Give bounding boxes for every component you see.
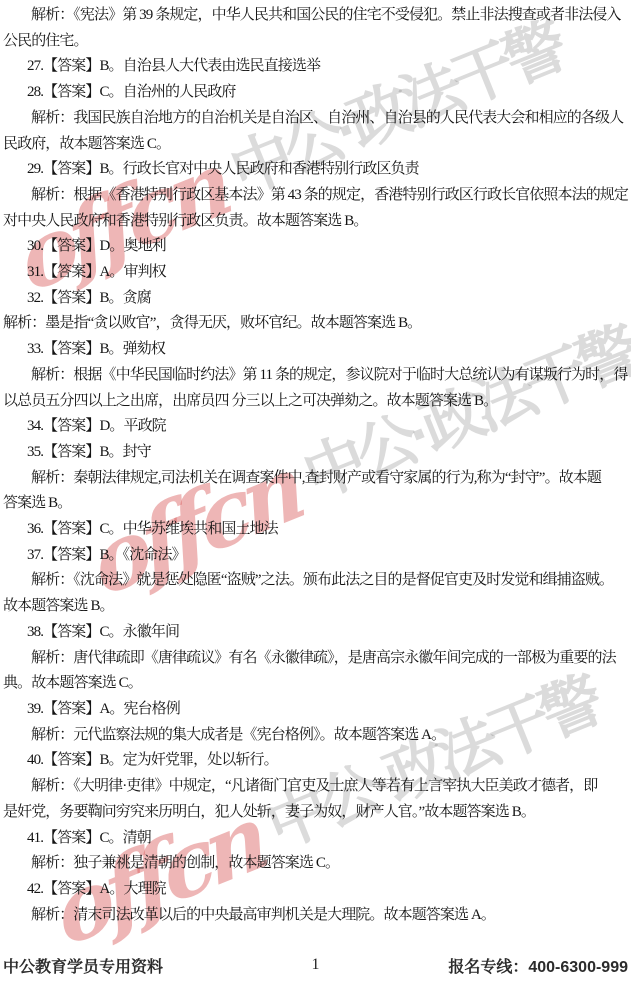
- text-line: 解析：根据《中华民国临时约法》第 11 条的规定，参议院对于临时大总统认为有谋叛…: [3, 363, 629, 389]
- answer-explanations: 解析：《宪法》第 39 条规定，中华人民共和国公民的住宅不受侵犯。禁止非法搜查或…: [3, 3, 629, 928]
- text-line: 30.【答案】D。奥地利: [3, 234, 629, 260]
- text-line: 39.【答案】A。宪台格例: [3, 697, 629, 723]
- text-line: 对中央人民政府和香港特别行政区负责。故本题答案选 B。: [3, 209, 629, 235]
- text-line: 答案选 B。: [3, 491, 629, 517]
- text-line: 解析：《宪法》第 39 条规定，中华人民共和国公民的住宅不受侵犯。禁止非法搜查或…: [3, 3, 629, 29]
- text-line: 民政府，故本题答案选 C。: [3, 132, 629, 158]
- text-line: 解析：我国民族自治地方的自治机关是自治区、自治州、自治县的人民代表大会和相应的各…: [3, 106, 629, 132]
- document-page: offcn 中公·政法干警 offcn 中公·政法干警 offcn 中公·政法干…: [0, 0, 631, 985]
- text-line: 34.【答案】D。平政院: [3, 414, 629, 440]
- text-line: 解析：清末司法改革以后的中央最高审判机关是大理院。故本题答案选 A。: [3, 903, 629, 929]
- text-line: 31.【答案】A。审判权: [3, 260, 629, 286]
- text-line: 故本题答案选 B。: [3, 594, 629, 620]
- page-footer: 中公教育学员专用资料 1 报名专线：400-6300-999: [3, 953, 628, 977]
- text-line: 35.【答案】B。封守: [3, 440, 629, 466]
- text-line: 38.【答案】C。永徽年间: [3, 620, 629, 646]
- text-line: 42.【答案】A。大理院: [3, 877, 629, 903]
- text-line: 解析：独子兼祧是清朝的创制，故本题答案选 C。: [3, 851, 629, 877]
- text-line: 29.【答案】B。行政长官对中央人民政府和香港特别行政区负责: [3, 157, 629, 183]
- text-line: 36.【答案】C。中华苏维埃共和国土地法: [3, 517, 629, 543]
- text-line: 典。故本题答案选 C。: [3, 671, 629, 697]
- text-line: 28.【答案】C。自治州的人民政府: [3, 80, 629, 106]
- text-line: 解析：墨是指“贪以败官”，贪得无厌，败坏官纪。故本题答案选 B。: [3, 311, 629, 337]
- text-line: 解析：根据《香港特别行政区基本法》第 43 条的规定，香港特别行政区行政长官依照…: [3, 183, 629, 209]
- text-line: 33.【答案】B。弹劾权: [3, 337, 629, 363]
- text-line: 41.【答案】C。清朝: [3, 826, 629, 852]
- text-line: 公民的住宅。: [3, 29, 629, 55]
- text-line: 是奸党，务要鞫问穷究来历明白，犯人处斩，妻子为奴，财产人官。”故本题答案选 B。: [3, 800, 629, 826]
- page-number: 1: [3, 956, 628, 974]
- text-line: 32.【答案】B。贪腐: [3, 286, 629, 312]
- text-line: 37.【答案】B。《沈命法》: [3, 543, 629, 569]
- text-line: 解析：元代监察法规的集大成者是《宪台格例》。故本题答案选 A。: [3, 723, 629, 749]
- text-line: 解析：《大明律·吏律》中规定，“凡诸衙门官吏及士庶人等若有上言宰执大臣美政才德者…: [3, 774, 629, 800]
- text-line: 解析：《沈命法》就是惩处隐匿“盗贼”之法。颁布此法之目的是督促官吏及时发觉和缉捕…: [3, 568, 629, 594]
- text-line: 40.【答案】B。定为奸党罪，处以斩行。: [3, 748, 629, 774]
- text-line: 解析：唐代律疏即《唐律疏议》有名《永徽律疏》，是唐高宗永徽年间完成的一部极为重要…: [3, 646, 629, 672]
- text-line: 以总员五分四以上之出席，出席员四 分三以上之可决弹劾之。故本题答案选 B。: [3, 389, 629, 415]
- text-line: 27.【答案】B。自治县人大代表由选民直接选举: [3, 54, 629, 80]
- text-line: 解析：秦朝法律规定,司法机关在调查案件中,查封财产或看守家属的行为,称为“封守”…: [3, 466, 629, 492]
